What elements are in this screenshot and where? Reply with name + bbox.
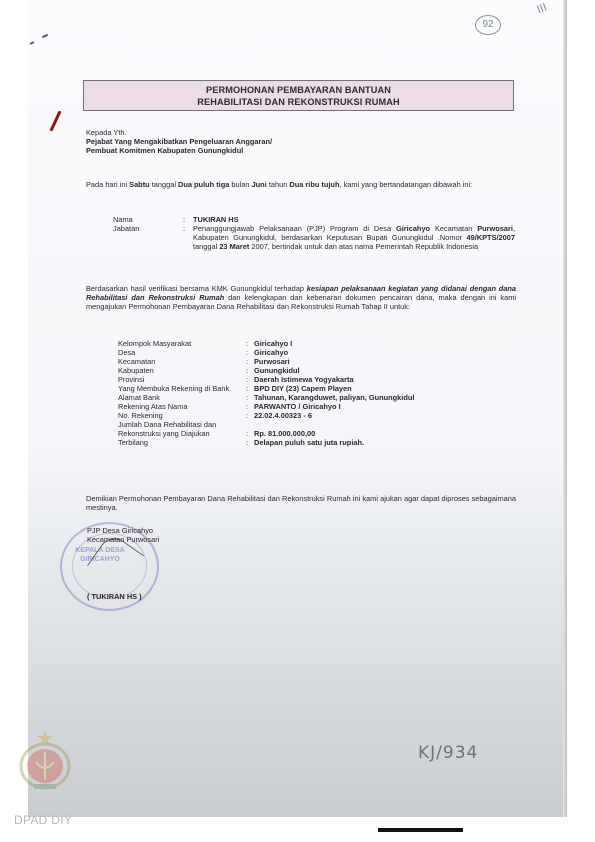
position-text: Penanggungjawab Pelaksanaan (PJP) Progra…: [193, 224, 396, 233]
detail-value: PARWANTO / Giricahyo I: [254, 402, 341, 411]
detail-label: Terbilang: [118, 438, 148, 447]
detail-label: Kecamatan: [118, 357, 155, 366]
colon: :: [183, 215, 185, 224]
archive-code-annotation: KJ/934: [418, 743, 478, 763]
position-desa: Giricahyo: [396, 224, 430, 233]
signer-position-label: Jabatan: [113, 224, 139, 233]
opening-text: Pada hari ini: [86, 180, 129, 189]
dpad-emblem-icon: [16, 728, 74, 792]
position-kecamatan: Purwosari: [477, 224, 513, 233]
title-line-2: REHABILITASI DAN REKONSTRUKSI RUMAH: [84, 96, 513, 108]
closing-paragraph: Demikian Permohonan Pembayaran Dana Reha…: [86, 494, 516, 512]
colon: :: [246, 384, 248, 393]
detail-label: Alamat Bank: [118, 393, 160, 402]
detail-value: Giricahyo: [254, 348, 288, 357]
detail-value: BPD DIY (23) Capem Playen: [254, 384, 352, 393]
signer-position-value: Penanggungjawab Pelaksanaan (PJP) Progra…: [193, 224, 515, 252]
colon: :: [183, 224, 185, 233]
opening-text: tanggal: [150, 180, 178, 189]
opening-text: bulan: [229, 180, 251, 189]
detail-label: Desa: [118, 348, 135, 357]
addressee-line-1: Pejabat Yang Mengakibatkan Pengeluaran A…: [86, 137, 272, 146]
detail-value: Gunungkidul: [254, 366, 300, 375]
detail-value: Rp. 81.000.000,00: [254, 429, 315, 438]
decree-number: 49/KPTS/2007: [467, 233, 515, 242]
colon: :: [246, 366, 248, 375]
colon: :: [246, 375, 248, 384]
colon: :: [246, 348, 248, 357]
signer-district: Kecamatan Purwosari: [87, 535, 159, 544]
detail-value: 22.02.4.00323 - 6: [254, 411, 312, 420]
position-text: 2007, bertindak untuk dan atas nama Peme…: [249, 242, 478, 251]
decree-date: 23 Maret: [219, 242, 249, 251]
colon: :: [246, 438, 248, 447]
detail-value: Delapan puluh satu juta rupiah.: [254, 438, 364, 447]
detail-label: Yang Membuka Rekening di Bank: [118, 384, 229, 393]
signer-name-value: TUKIRAN HS: [193, 215, 239, 224]
detail-label: Rekening Atas Nama: [118, 402, 187, 411]
colon: :: [246, 339, 248, 348]
detail-value: Daerah Istimewa Yogyakarta: [254, 375, 354, 384]
page-number-annotation: 92: [475, 15, 501, 35]
scan-bar: [378, 828, 463, 832]
detail-label: Provinsi: [118, 375, 144, 384]
detail-label: Jumlah Dana Rehabilitasi dan: [118, 420, 216, 429]
document-title: PERMOHONAN PEMBAYARAN BANTUAN REHABILITA…: [83, 80, 514, 111]
detail-label: Kabupaten: [118, 366, 154, 375]
detail-value: Giricahyo I: [254, 339, 292, 348]
signer-role: PJP Desa Giricahyo: [87, 526, 153, 535]
colon: :: [246, 402, 248, 411]
colon: :: [246, 393, 248, 402]
detail-value: Tahunan, Karangduwet, paliyan, Gunungkid…: [254, 393, 414, 402]
addressee-line-2: Pembuat Komitmen Kabupaten Gunungkidul: [86, 146, 243, 155]
detail-value: Purwosari: [254, 357, 290, 366]
signer-name-label: Nama: [113, 215, 133, 224]
opening-year: Dua ribu tujuh: [289, 180, 339, 189]
position-text: Kecamatan: [430, 224, 477, 233]
opening-day: Sabtu: [129, 180, 150, 189]
basis-paragraph: Berdasarkan hasil verifikasi bersama KMK…: [86, 284, 516, 312]
signer-printed-name: ( TUKIRAN HS ): [87, 592, 142, 601]
paper-edge: [563, 0, 567, 817]
colon: :: [246, 411, 248, 420]
opening-month: Juni: [252, 180, 267, 189]
title-line-1: PERMOHONAN PEMBAYARAN BANTUAN: [84, 84, 513, 96]
opening-text: , kami yang bertandatangan dibawah ini:: [339, 180, 472, 189]
colon: :: [246, 357, 248, 366]
opening-paragraph: Pada hari ini Sabtu tanggal Dua puluh ti…: [86, 180, 516, 189]
position-text: tanggal: [193, 242, 219, 251]
basis-text: Berdasarkan hasil verifikasi bersama KMK…: [86, 284, 307, 293]
opening-date: Dua puluh tiga: [178, 180, 229, 189]
opening-text: tahun: [267, 180, 290, 189]
colon: :: [246, 429, 248, 438]
detail-label: Kelompok Masyarakat: [118, 339, 191, 348]
dpad-watermark: DPAD DIY: [14, 813, 72, 827]
detail-label: Rekonstruksi yang Diajukan: [118, 429, 210, 438]
salutation: Kepada Yth.: [86, 128, 127, 137]
detail-label: No. Rekening: [118, 411, 163, 420]
